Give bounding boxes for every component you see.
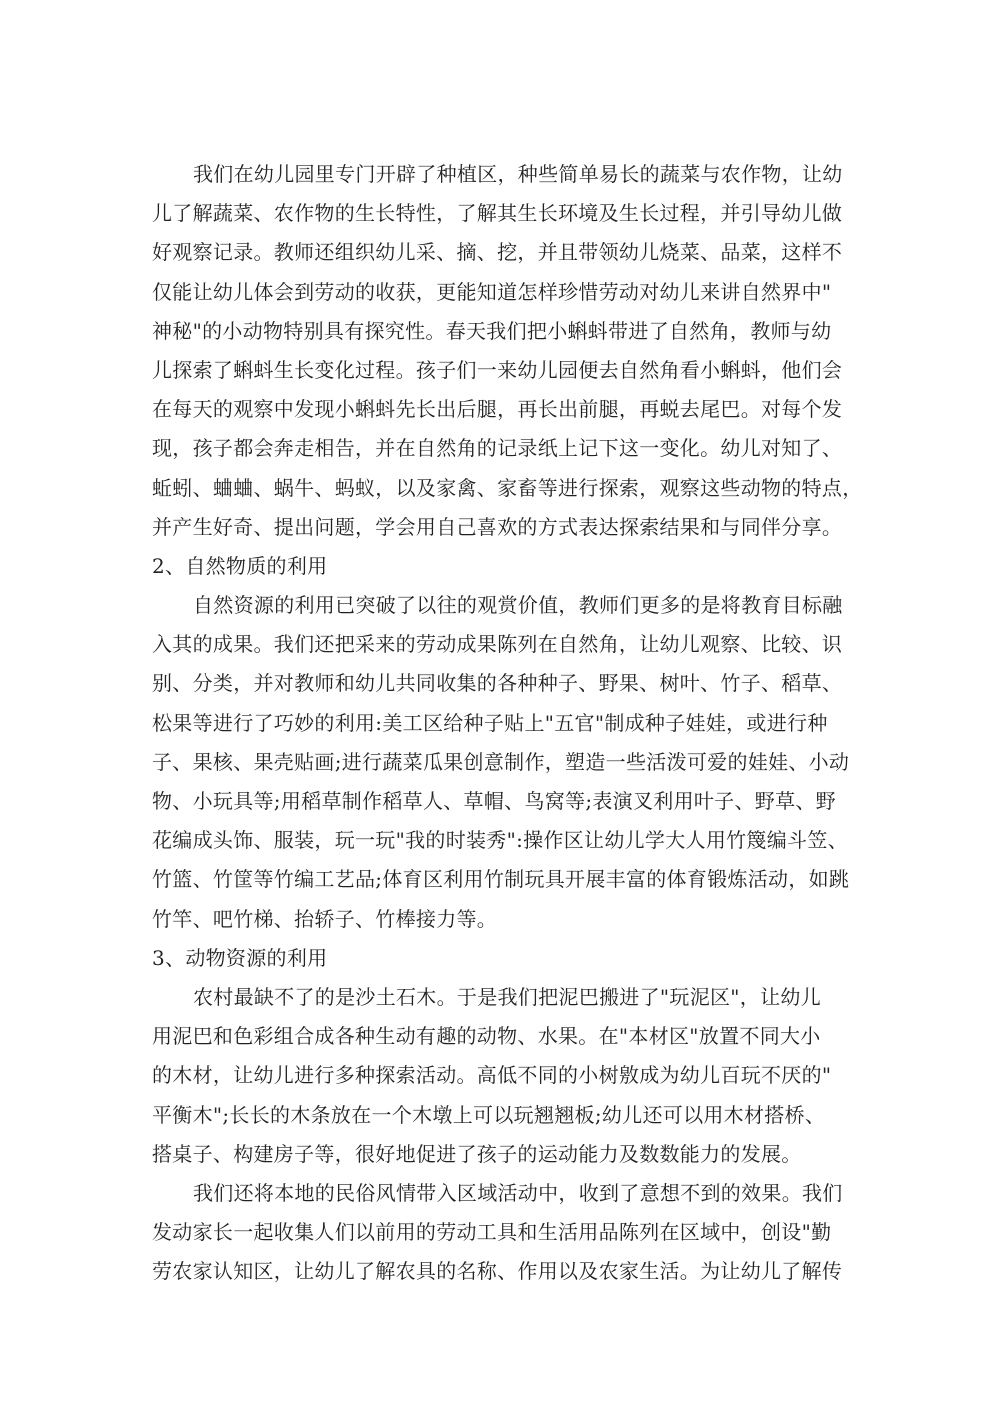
text-line: 搭桌子、构建房子等，很好地促进了孩子的运动能力及数数能力的发展。 (152, 1135, 842, 1174)
document-body: 我们在幼儿园里专门开辟了种植区，种些简单易长的蔬菜与农作物，让幼 儿了解蔬菜、农… (152, 155, 842, 1291)
text-line: 用泥巴和色彩组合成各种生动有趣的动物、水果。在"本材区"放置不同大小 (152, 1017, 842, 1056)
paragraph-natural-materials: 自然资源的利用已突破了以往的观赏价值，教师们更多的是将教育目标融 入其的成果。我… (152, 586, 842, 939)
text-line: 蚯蚓、蛐蛐、蜗牛、蚂蚁，以及家禽、家畜等进行探索，观察这些动物的特点， (152, 469, 842, 508)
text-line: 劳农家认知区，让幼儿了解农具的名称、作用以及农家生活。为让幼儿了解传 (152, 1252, 842, 1291)
paragraph-mud-and-wood: 农村最缺不了的是沙土石木。于是我们把泥巴搬进了"玩泥区"，让幼儿 用泥巴和色彩组… (152, 978, 842, 1174)
text-line: 平衡木";长长的木条放在一个木墩上可以玩翘翘板;幼儿还可以用木材搭桥、 (152, 1096, 842, 1135)
text-line: 竹篮、竹筐等竹编工艺品;体育区利用竹制玩具开展丰富的体育锻炼活动，如跳 (152, 860, 842, 899)
text-line: 物、小玩具等;用稻草制作稻草人、草帽、鸟窝等;表演叉利用叶子、野草、野 (152, 782, 842, 821)
document-page: 我们在幼儿园里专门开辟了种植区，种些简单易长的蔬菜与农作物，让幼 儿了解蔬菜、农… (0, 0, 1000, 1415)
text-line: 松果等进行了巧妙的利用:美工区给种子贴上"五官"制成种子娃娃，或进行种 (152, 704, 842, 743)
text-line: 自然资源的利用已突破了以往的观赏价值，教师们更多的是将教育目标融 (152, 586, 842, 625)
text-line: 发动家长一起收集人们以前用的劳动工具和生活用品陈列在区域中，创设"勤 (152, 1213, 842, 1252)
text-line: 儿探索了蝌蚪生长变化过程。孩子们一来幼儿园便去自然角看小蝌蚪，他们会 (152, 351, 842, 390)
text-line: 花编成头饰、服装，玩一玩"我的时装秀":操作区让幼儿学大人用竹篾编斗笠、 (152, 821, 842, 860)
text-line: 的木材，让幼儿进行多种探索活动。高低不同的小树敫成为幼儿百玩不厌的" (152, 1056, 842, 1095)
paragraph-planting-area: 我们在幼儿园里专门开辟了种植区，种些简单易长的蔬菜与农作物，让幼 儿了解蔬菜、农… (152, 155, 842, 547)
text-line: 在每天的观察中发现小蝌蚪先长出后腿，再长出前腿，再蜕去尾巴。对每个发 (152, 390, 842, 429)
text-line: 我们还将本地的民俗风情带入区域活动中，收到了意想不到的效果。我们 (152, 1174, 842, 1213)
section-heading-animal-resources: 3、动物资源的利用 (152, 939, 842, 978)
text-line: 并产生好奇、提出问题，学会用自己喜欢的方式表达探索结果和与同伴分享。 (152, 508, 842, 547)
text-line: 别、分类，并对教师和幼儿共同收集的各种种子、野果、树叶、竹子、稻草、 (152, 664, 842, 703)
paragraph-folk-customs: 我们还将本地的民俗风情带入区域活动中，收到了意想不到的效果。我们 发动家长一起收… (152, 1174, 842, 1292)
text-line: 我们在幼儿园里专门开辟了种植区，种些简单易长的蔬菜与农作物，让幼 (152, 155, 842, 194)
text-line: 入其的成果。我们还把采来的劳动成果陈列在自然角，让幼儿观察、比较、识 (152, 625, 842, 664)
text-line: 子、果核、果壳贴画;进行蔬菜瓜果创意制作，塑造一些活泼可爱的娃娃、小动 (152, 743, 842, 782)
text-line: 神秘"的小动物特别具有探究性。春天我们把小蝌蚪带进了自然角，教师与幼 (152, 312, 842, 351)
text-line: 农村最缺不了的是沙土石木。于是我们把泥巴搬进了"玩泥区"，让幼儿 (152, 978, 842, 1017)
section-heading-natural-materials: 2、自然物质的利用 (152, 547, 842, 586)
text-line: 现，孩子都会奔走相告，并在自然角的记录纸上记下这一变化。幼儿对知了、 (152, 429, 842, 468)
text-line: 好观察记录。教师还组织幼儿采、摘、挖，并且带领幼儿烧菜、品菜，这样不 (152, 233, 842, 272)
text-line: 仅能让幼儿体会到劳动的收获，更能知道怎样珍惜劳动对幼儿来讲自然界中" (152, 273, 842, 312)
text-line: 儿了解蔬菜、农作物的生长特性，了解其生长环境及生长过程，并引导幼儿做 (152, 194, 842, 233)
text-line: 竹竿、吧竹梯、抬轿子、竹棒接力等。 (152, 900, 842, 939)
